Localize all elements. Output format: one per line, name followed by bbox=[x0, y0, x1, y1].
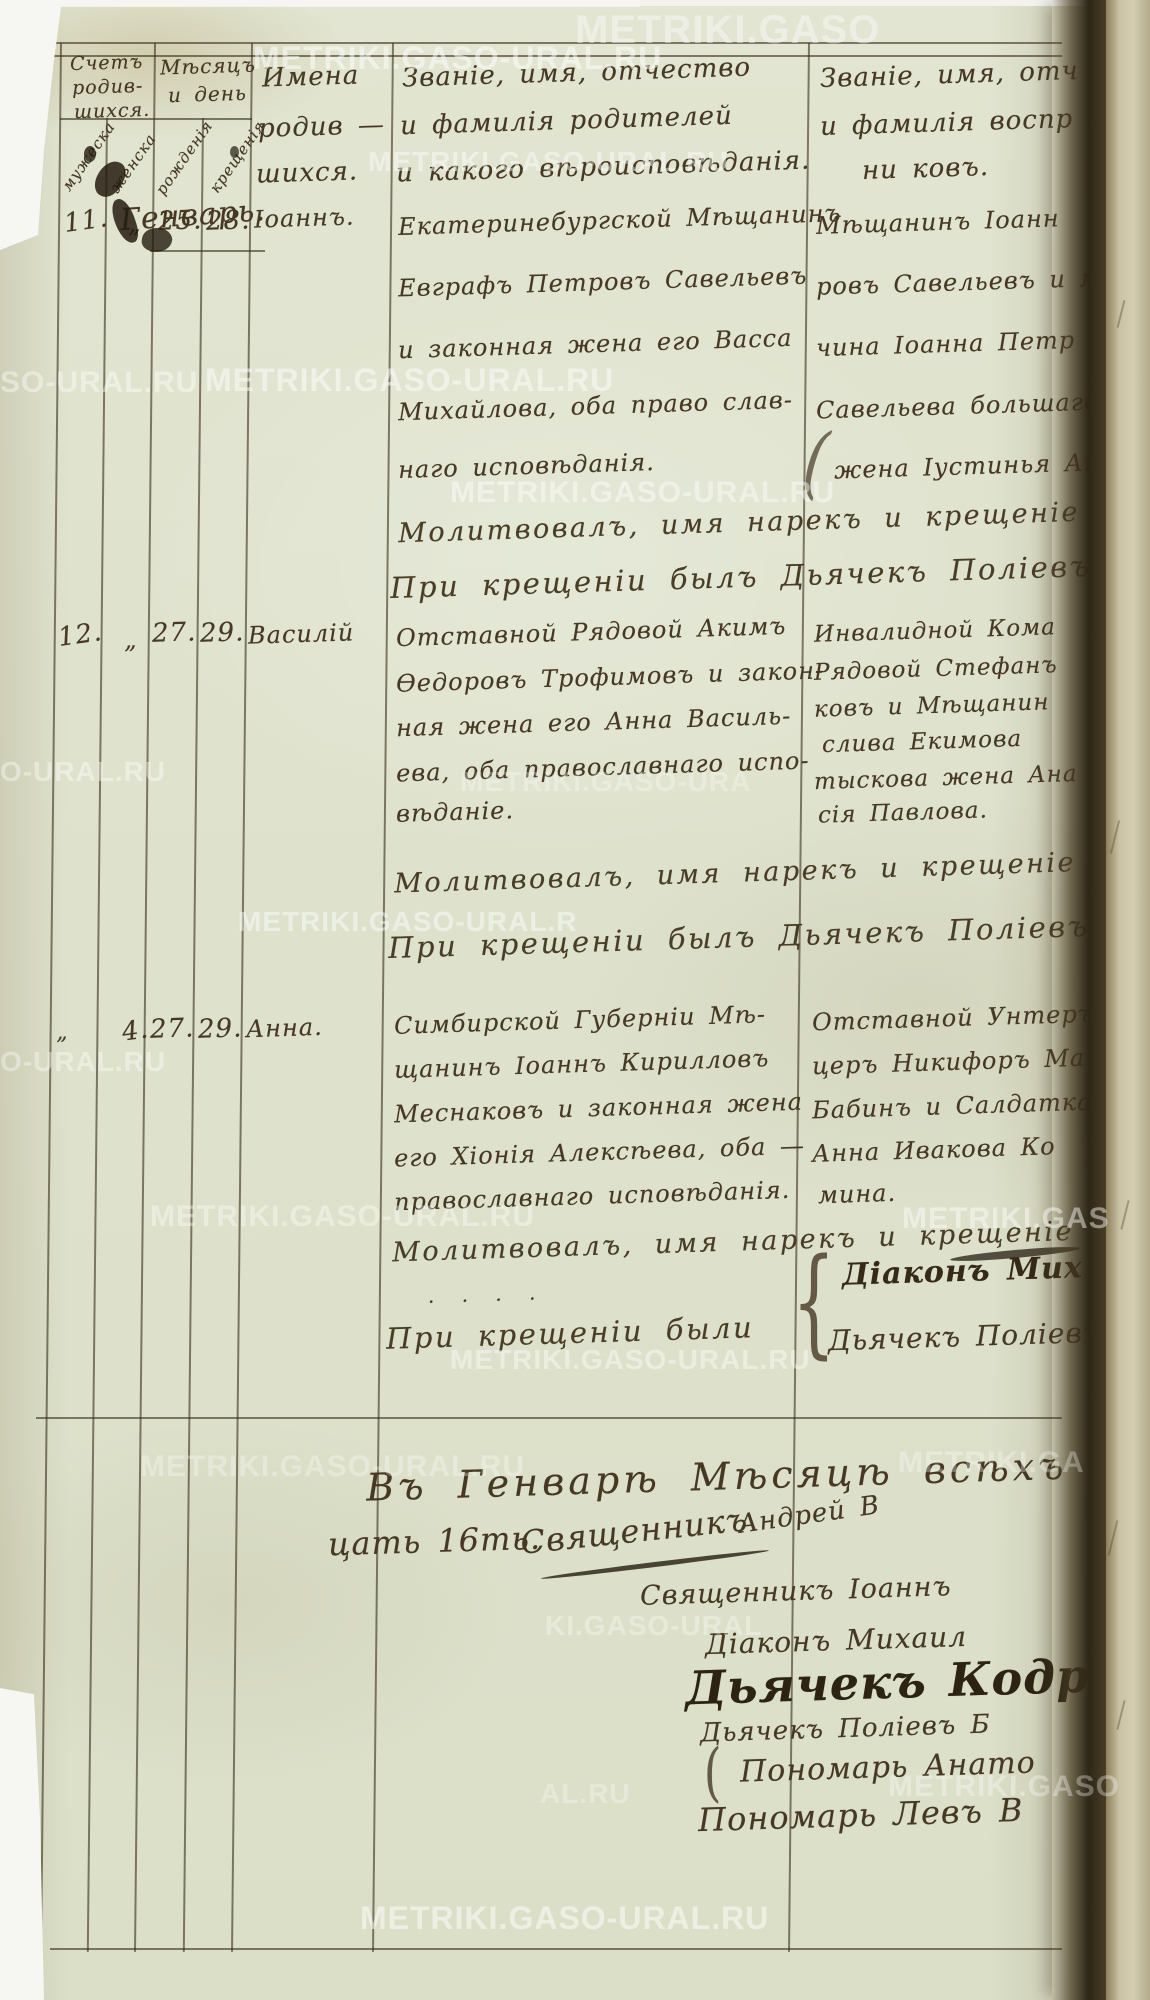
entry-godparents-line: сія Павлова. bbox=[818, 797, 989, 828]
entry-male-number: 11. bbox=[62, 203, 110, 239]
watermark: AL.RU bbox=[540, 1778, 631, 1810]
watermark: METRIKI.GASO-URAL.RU bbox=[205, 362, 614, 399]
watermark: METRIKI.GASO-URAL.RU bbox=[140, 1450, 525, 1484]
entry-male-ditto: „ bbox=[56, 1020, 69, 1045]
entry-birth-day: 27. bbox=[150, 1013, 195, 1044]
header-date-line: и день bbox=[168, 81, 248, 107]
watermark: O-URAL.RU bbox=[0, 756, 166, 788]
watermark: METRIKI.GASO-URAL.RU bbox=[253, 40, 662, 77]
scan-edge-top bbox=[0, 0, 640, 7]
watermark: METRIKI.GASO bbox=[888, 1770, 1120, 1804]
header-count-line: родив- bbox=[72, 75, 144, 99]
entry-birth-day: 27. bbox=[152, 617, 197, 648]
entry-baptism-day: 28. bbox=[206, 205, 251, 236]
watermark: METRIKI.GASO-URAL.RU bbox=[450, 1344, 811, 1376]
watermark: METRIKI.GA bbox=[898, 1446, 1085, 1480]
grid-hline bbox=[150, 250, 265, 252]
entry-child-name: Анна. bbox=[246, 1013, 324, 1043]
watermark: SO-URAL.RU bbox=[0, 366, 198, 400]
watermark: METRIKI.GASO-URAL.RU bbox=[360, 1900, 769, 1937]
entry-female-number: 4. bbox=[120, 1014, 151, 1047]
flourish-paren: ( bbox=[704, 1736, 722, 1810]
header-godparents-line: ни ковъ. bbox=[862, 152, 990, 186]
header-count-line: Счетъ bbox=[70, 51, 144, 75]
entry-baptism-day: 29. bbox=[198, 1013, 243, 1044]
watermark: METRIKI.GASO-URAL.RU bbox=[450, 476, 835, 510]
header-names-line: родив — bbox=[258, 110, 386, 144]
entry-male-number: 12. bbox=[56, 617, 104, 653]
ink-blot bbox=[84, 146, 96, 162]
watermark: METRIKI.GASO-URAL.RU bbox=[368, 146, 729, 178]
entry-child-name: Василій bbox=[248, 618, 355, 649]
header-count-line: шихся. bbox=[74, 99, 151, 123]
watermark: METRIKI.GASO-URA bbox=[460, 766, 751, 798]
adjacent-page-edge bbox=[1106, 0, 1150, 2000]
watermark: METRIKI.GASO-URAL.RU bbox=[150, 1200, 535, 1234]
entry-godparents-line: мина. bbox=[818, 1179, 897, 1209]
scanned-metric-book-page: Счетъ родив- шихся. Мѣсяцъ и день мужеск… bbox=[0, 0, 1150, 2000]
watermark: O-URAL.RU bbox=[0, 1046, 166, 1078]
entry-baptism-day: 29. bbox=[200, 617, 245, 648]
watermark: METRIKI.GAS bbox=[902, 1202, 1110, 1236]
grid-hline bbox=[50, 1948, 1062, 1950]
header-names-line: шихся. bbox=[256, 156, 359, 189]
entry-parents-line: вѣданіе. bbox=[396, 796, 515, 828]
header-date-line: Мѣсяцъ bbox=[160, 53, 257, 80]
note-dots: · · · · bbox=[428, 1286, 544, 1314]
grid-hline bbox=[36, 1417, 1062, 1419]
entry-child-name: Іоаннъ. bbox=[254, 202, 355, 233]
entry-female-ditto: „ bbox=[124, 626, 138, 654]
page-fold-shadow bbox=[1052, 0, 1106, 2000]
watermark: KI.GASO-URAL bbox=[545, 1610, 762, 1642]
summary-line: цать 16ть. bbox=[327, 1519, 541, 1564]
ink-blot bbox=[230, 146, 239, 158]
watermark: METRIKI.GASO-URAL.R bbox=[238, 906, 577, 938]
